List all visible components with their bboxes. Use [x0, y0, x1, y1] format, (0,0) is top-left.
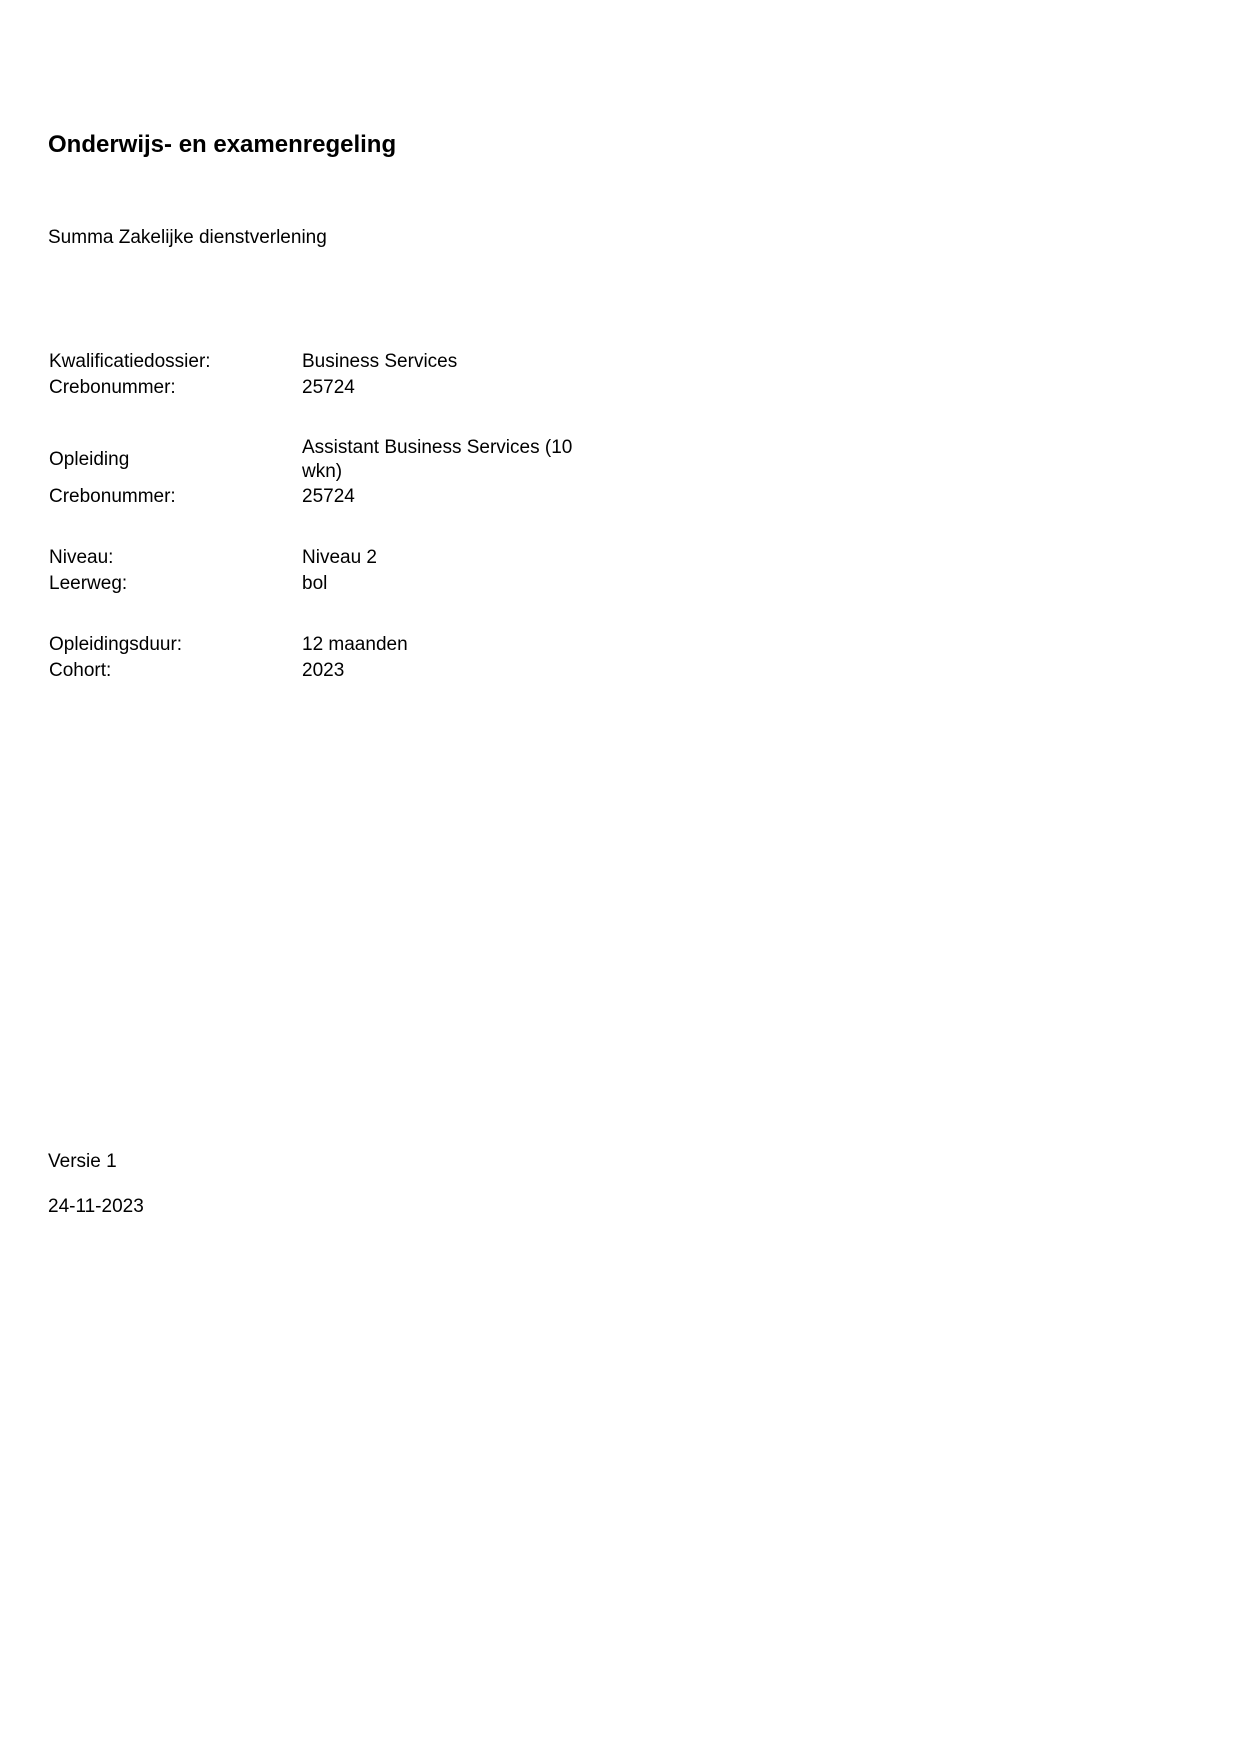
crebonummer-dossier-label: Crebonummer:	[48, 375, 302, 401]
spacer	[48, 597, 602, 632]
row-crebonummer-opleiding: Crebonummer: 25724	[48, 484, 602, 510]
row-crebonummer-dossier: Crebonummer: 25724	[48, 375, 602, 401]
crebonummer-dossier-value: 25724	[302, 375, 602, 401]
opleiding-label: Opleiding	[48, 436, 302, 484]
kwalificatiedossier-label: Kwalificatiedossier:	[48, 349, 302, 375]
cohort-label: Cohort:	[48, 658, 302, 684]
row-opleidingsduur: Opleidingsduur: 12 maanden	[48, 632, 602, 658]
cohort-value: 2023	[302, 658, 602, 684]
document-version: Versie 1	[48, 1150, 117, 1174]
leerweg-label: Leerweg:	[48, 571, 302, 597]
document-subtitle: Summa Zakelijke dienstverlening	[48, 226, 327, 250]
opleidingsduur-value: 12 maanden	[302, 632, 602, 658]
document-date: 24-11-2023	[48, 1195, 144, 1219]
opleidingsduur-label: Opleidingsduur:	[48, 632, 302, 658]
leerweg-value: bol	[302, 571, 602, 597]
program-info-table: Kwalificatiedossier: Business Services C…	[48, 349, 602, 684]
opleiding-value: Assistant Business Services (10 wkn)	[302, 436, 602, 484]
kwalificatiedossier-value: Business Services	[302, 349, 602, 375]
crebonummer-opleiding-label: Crebonummer:	[48, 484, 302, 510]
row-cohort: Cohort: 2023	[48, 658, 602, 684]
crebonummer-opleiding-value: 25724	[302, 484, 602, 510]
niveau-value: Niveau 2	[302, 545, 602, 571]
spacer	[48, 510, 602, 545]
document-title: Onderwijs- en examenregeling	[48, 130, 396, 160]
row-opleiding: Opleiding Assistant Business Services (1…	[48, 436, 602, 484]
niveau-label: Niveau:	[48, 545, 302, 571]
row-kwalificatiedossier: Kwalificatiedossier: Business Services	[48, 349, 602, 375]
row-leerweg: Leerweg: bol	[48, 571, 602, 597]
spacer	[48, 401, 602, 436]
row-niveau: Niveau: Niveau 2	[48, 545, 602, 571]
